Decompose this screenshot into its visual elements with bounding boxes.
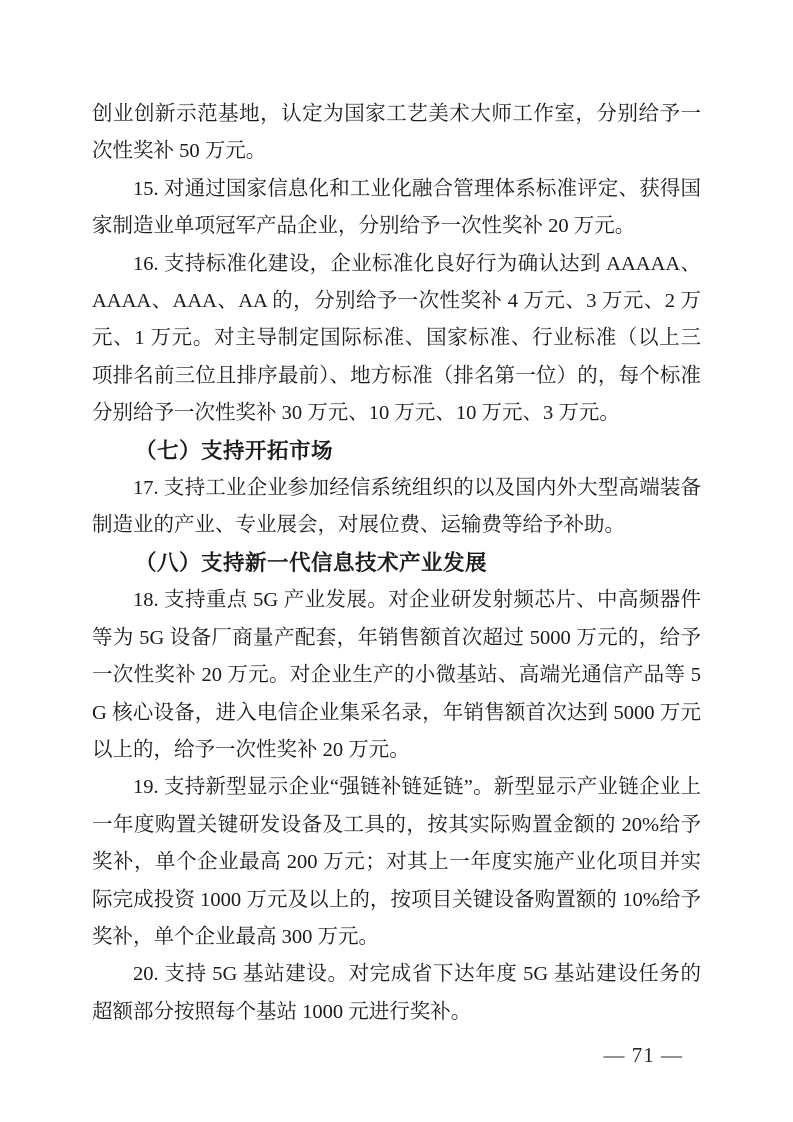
document-body: 创业创新示范基地，认定为国家工艺美术大师工作室，分别给予一次性奖补 50 万元。…	[92, 96, 701, 1031]
paragraph: 19. 支持新型显示企业“强链补链延链”。新型显示产业链企业上一年度购置关键研发…	[92, 769, 701, 956]
paragraph: 15. 对通过国家信息化和工业化融合管理体系标准评定、获得国家制造业单项冠军产品…	[92, 171, 701, 246]
page-number: — 71 —	[604, 1042, 684, 1068]
paragraph: 创业创新示范基地，认定为国家工艺美术大师工作室，分别给予一次性奖补 50 万元。	[92, 96, 701, 171]
section-heading: （八）支持新一代信息技术产业发展	[92, 545, 701, 582]
paragraph: 18. 支持重点 5G 产业发展。对企业研发射频芯片、中高频器件等为 5G 设备…	[92, 582, 701, 769]
paragraph: 16. 支持标准化建设，企业标准化良好行为确认达到 AAAAA、AAAA、AAA…	[92, 246, 701, 433]
section-heading: （七）支持开拓市场	[92, 433, 701, 470]
document-page: 创业创新示范基地，认定为国家工艺美术大师工作室，分别给予一次性奖补 50 万元。…	[0, 0, 793, 1122]
paragraph: 20. 支持 5G 基站建设。对完成省下达年度 5G 基站建设任务的超额部分按照…	[92, 956, 701, 1031]
paragraph: 17. 支持工业企业参加经信系统组织的以及国内外大型高端装备制造业的产业、专业展…	[92, 470, 701, 545]
